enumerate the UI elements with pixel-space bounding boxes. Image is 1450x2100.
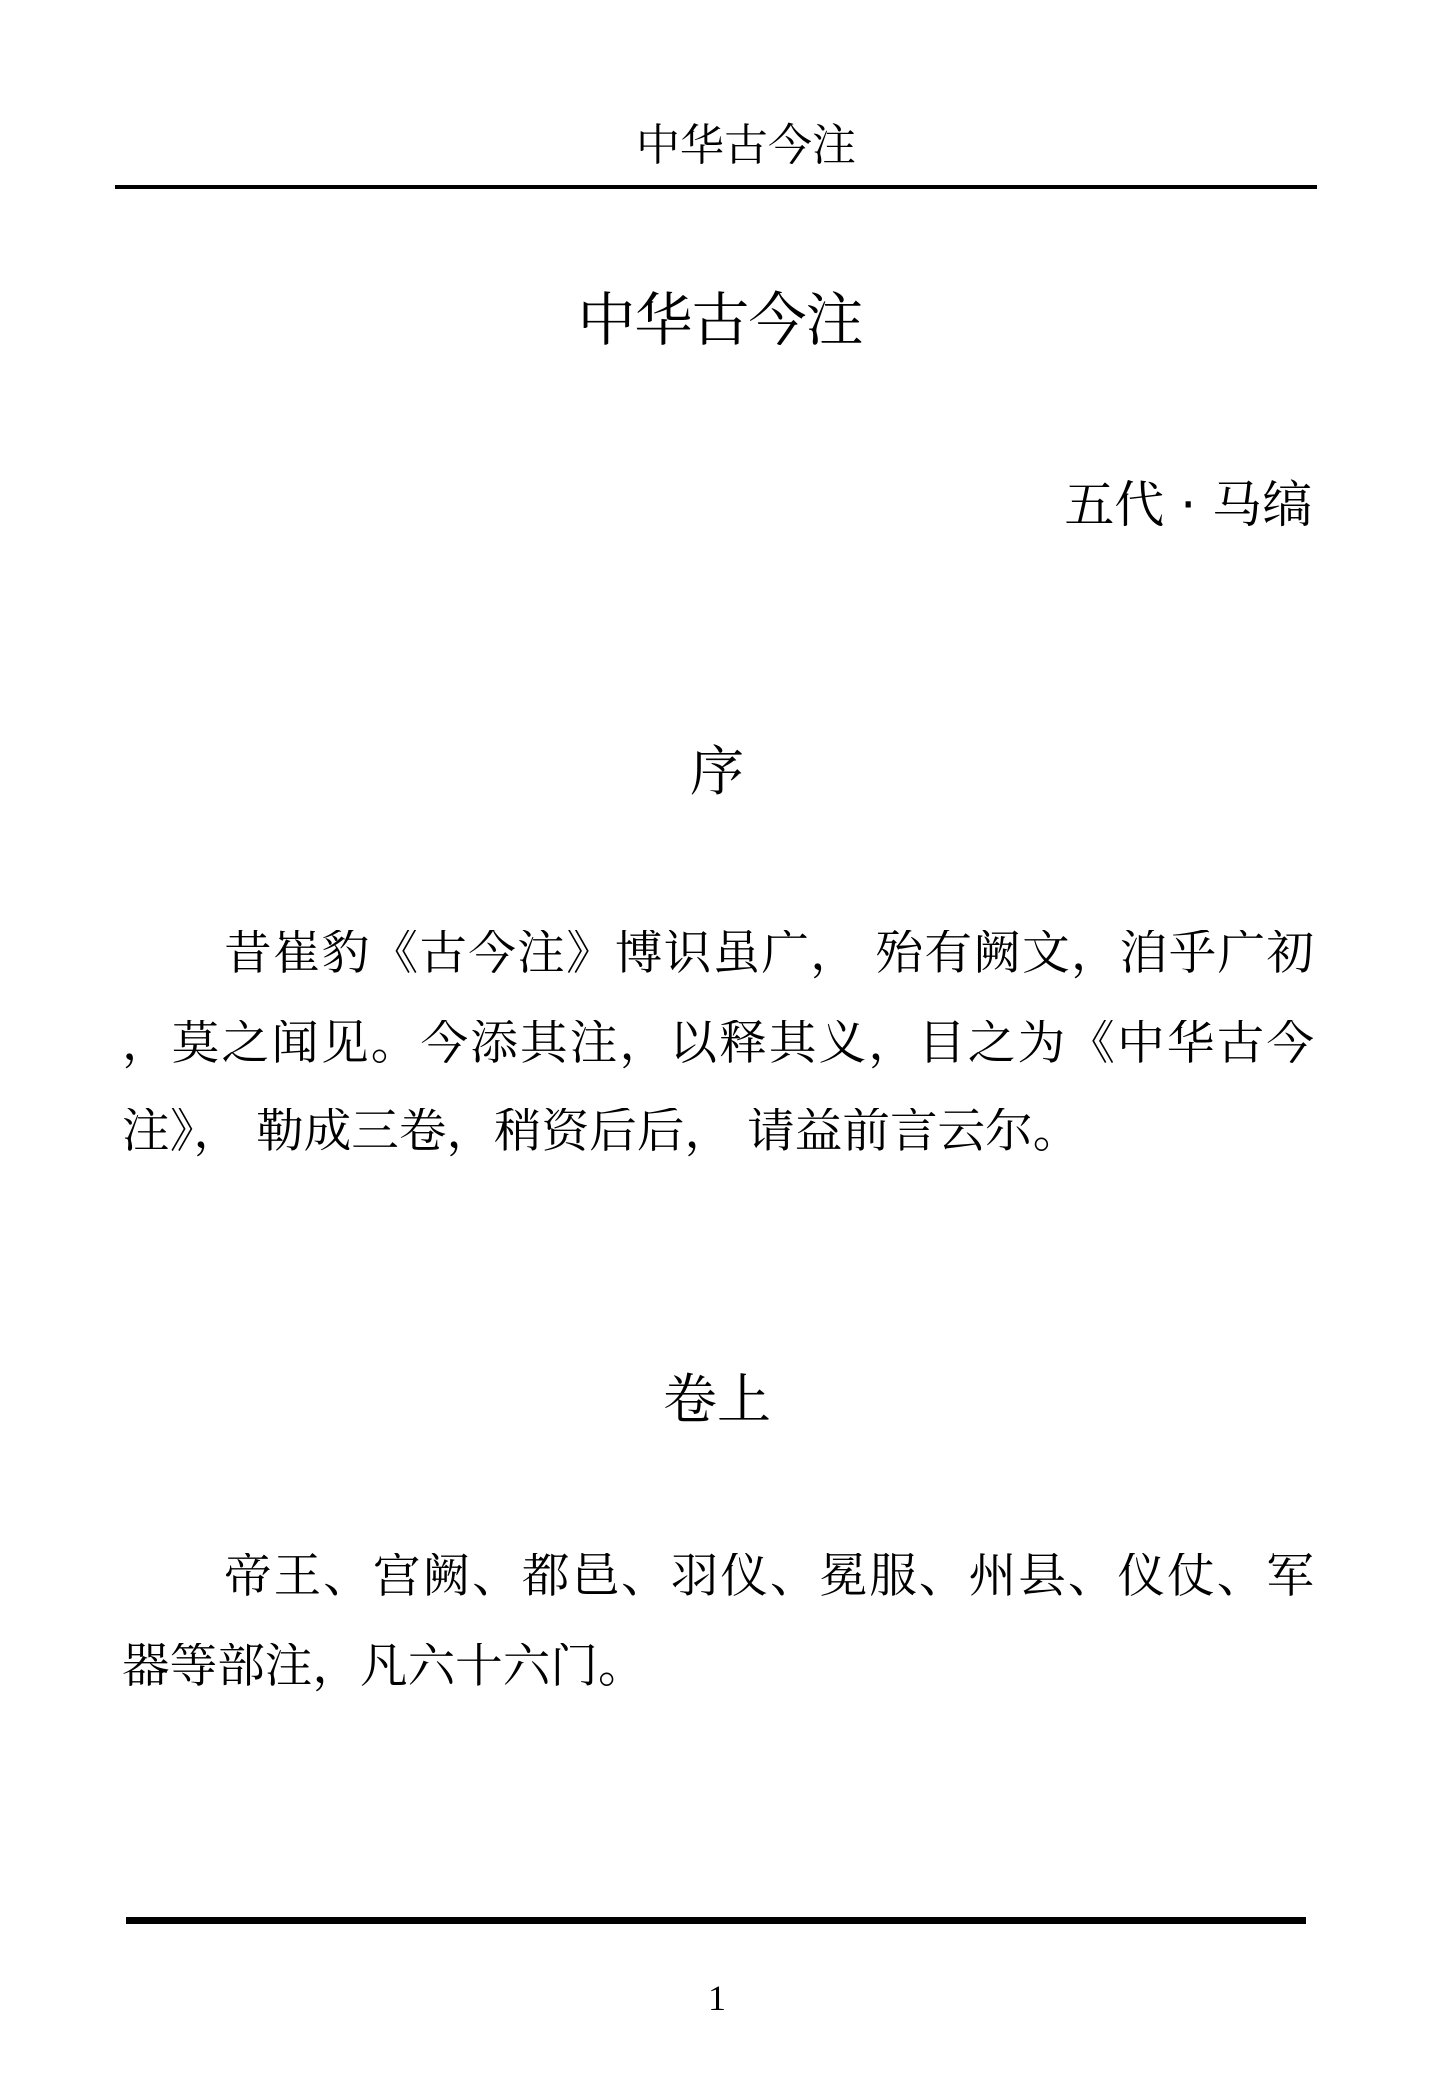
running-header-title: 中华古今注 xyxy=(0,124,1450,168)
section-heading-preface: 序 xyxy=(0,745,1434,799)
preface-line-2: ，莫之闻见。今添其注，以释其义，目之为《中华古今 xyxy=(122,1020,1314,1070)
section-heading-volume-1: 卷上 xyxy=(0,1373,1434,1427)
page-number: 1 xyxy=(0,1980,1434,2016)
author-byline: 五代 · 马缟 xyxy=(1064,480,1312,530)
footer-divider xyxy=(126,1917,1306,1924)
volume-1-line-1: 帝王、宫阙、都邑、羽仪、冕服、州县、仪仗、军 xyxy=(224,1553,1314,1603)
preface-line-3: 注》， 勒成三卷，稍资后后， 请益前言云尔。 xyxy=(122,1108,1314,1158)
header-divider xyxy=(115,185,1317,189)
document-title: 中华古今注 xyxy=(0,291,1440,349)
preface-line-1: 昔崔豹《古今注》博识虽广， 殆有阙文，洎乎广初 xyxy=(224,930,1314,980)
volume-1-line-2: 器等部注，凡六十六门。 xyxy=(122,1643,1314,1693)
